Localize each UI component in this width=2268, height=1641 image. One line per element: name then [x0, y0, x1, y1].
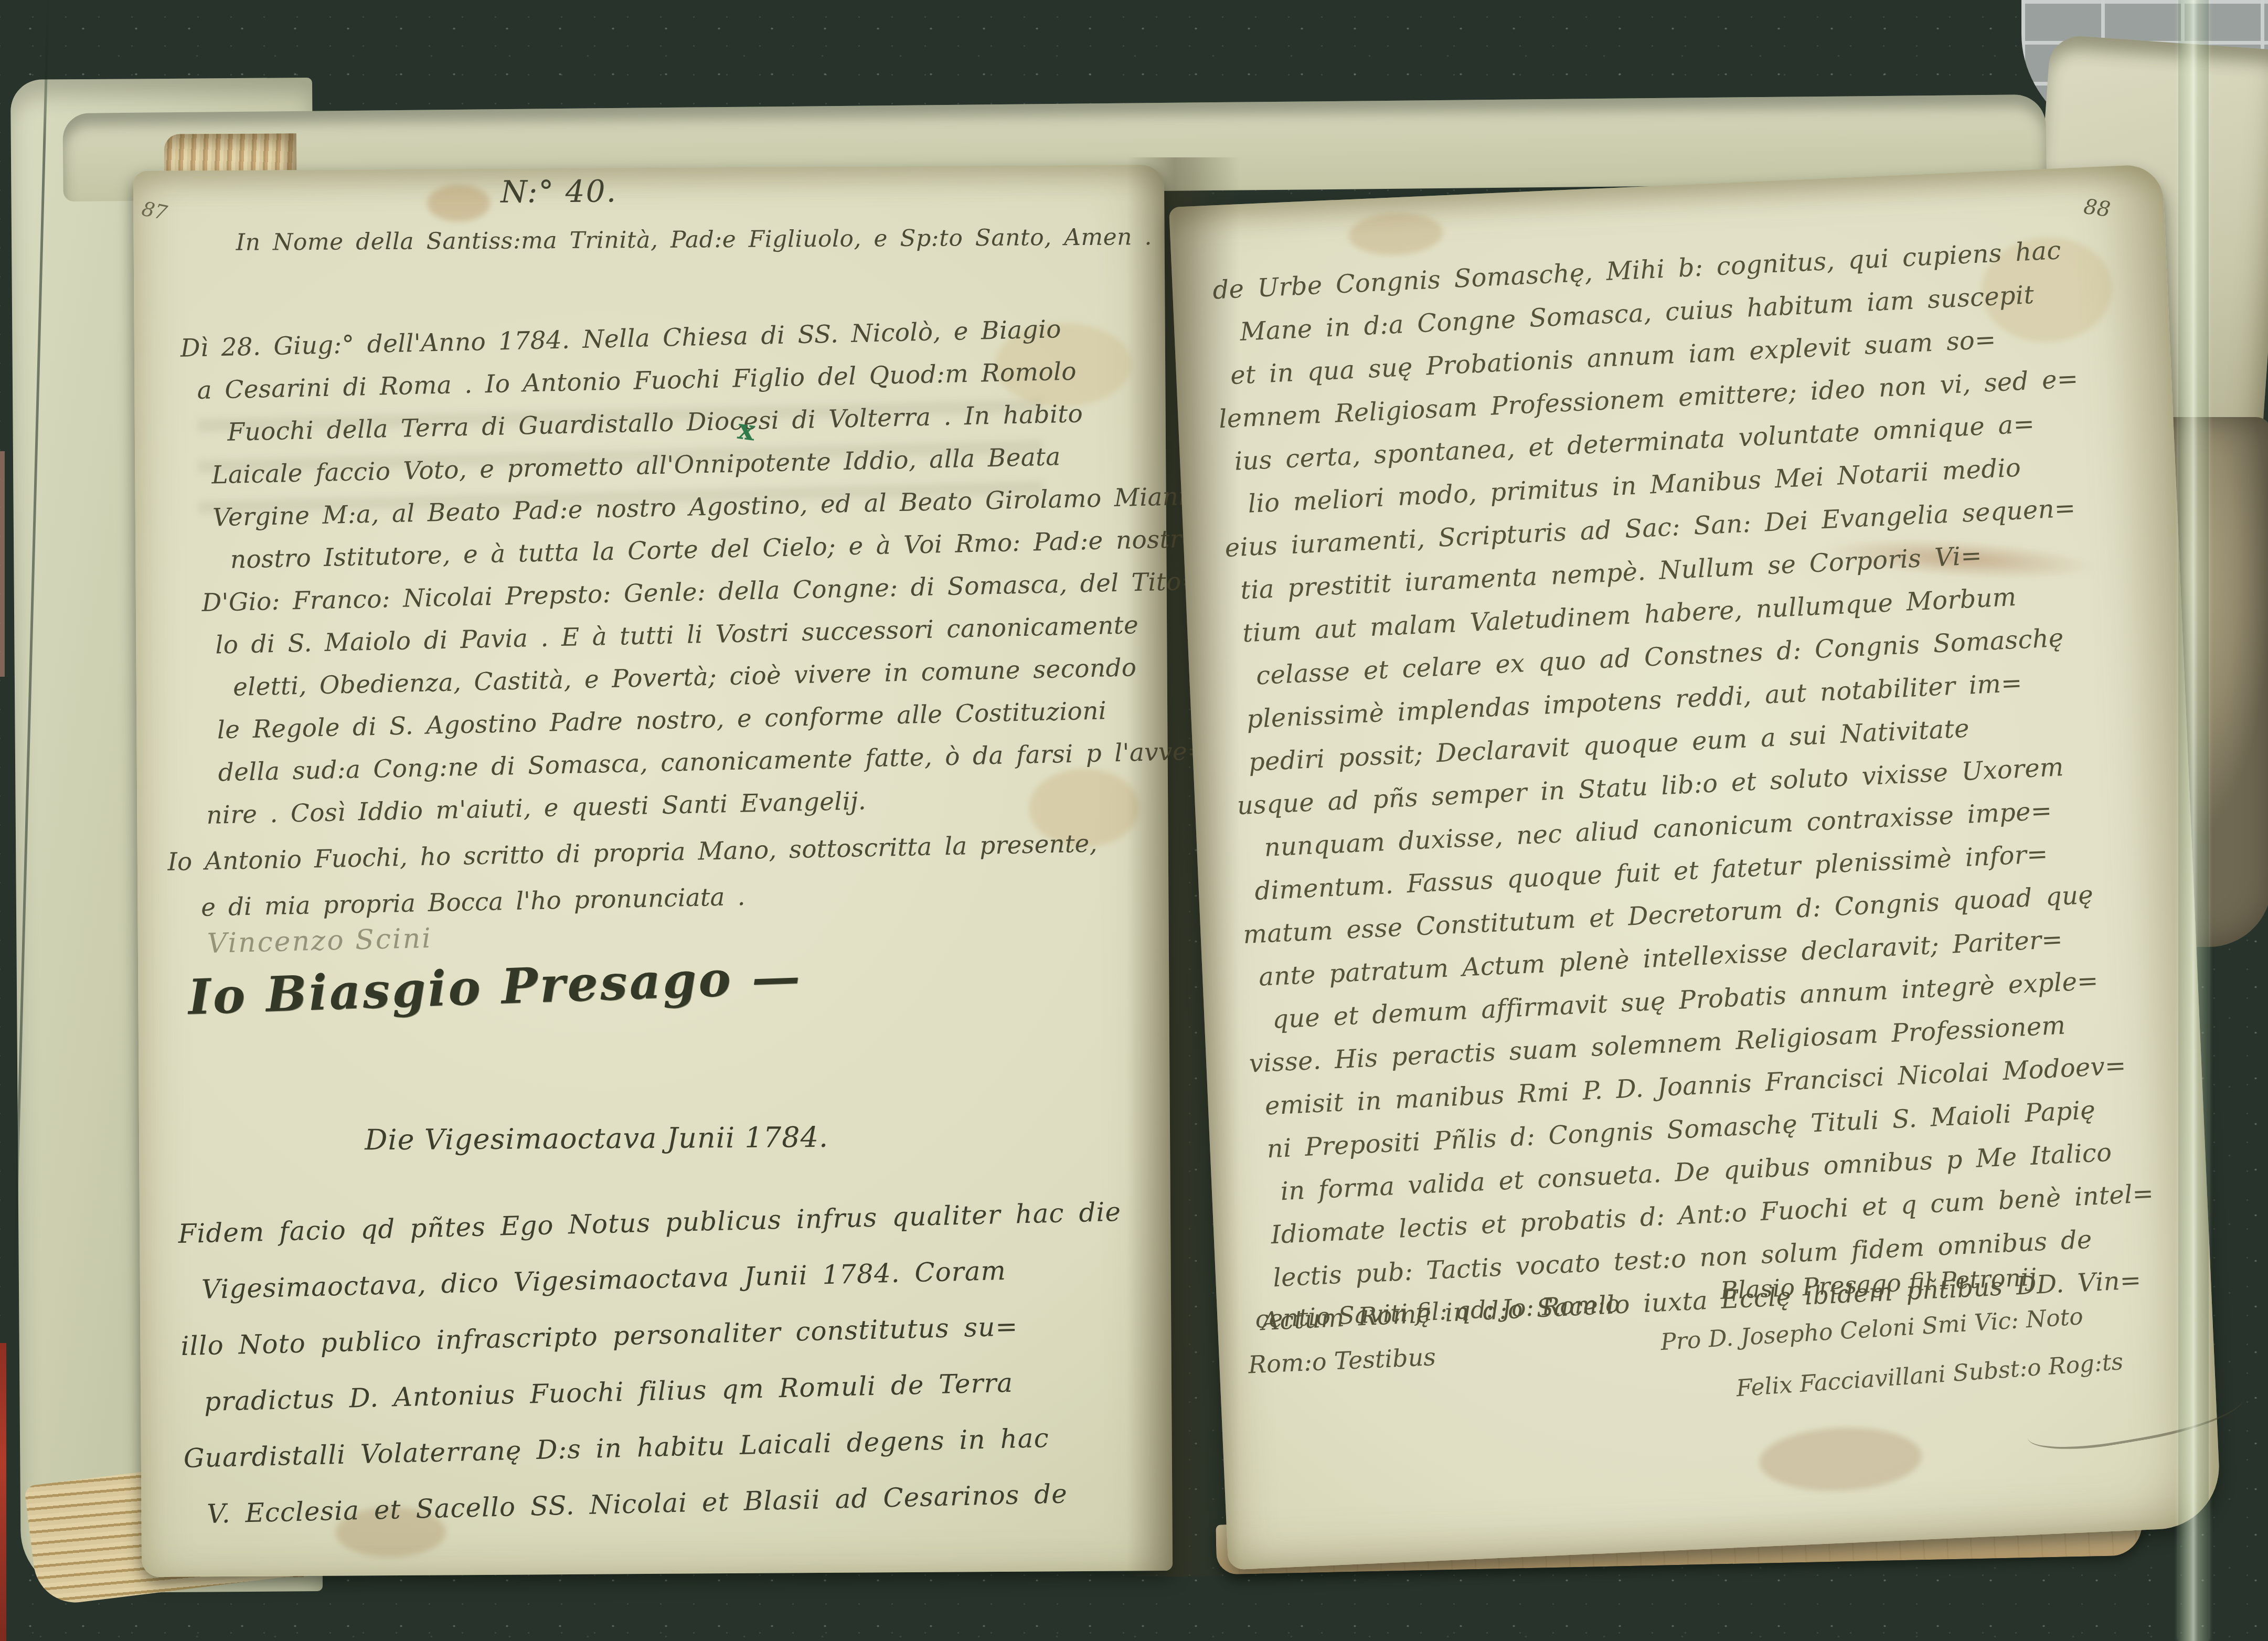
manuscript-line: D'Gio: Franco: Nicolai Prepsto: Genle: d… [201, 560, 1205, 624]
manuscript-line: nunquam duxisse, nec aliud canonicum con… [1263, 785, 2136, 869]
manuscript-line: de Urbe Congnis Somaschę, Mihi b: cognit… [1212, 227, 2110, 312]
book-gutter-shadow [1127, 157, 1240, 1576]
glass-rod [2178, 0, 2209, 1641]
stain [1348, 211, 1444, 257]
manuscript-line: illo Noto publico infrascripto personali… [180, 1296, 1124, 1374]
manuscript-line: tia prestitit iuramenta nempè. Nullum se… [1240, 527, 2124, 612]
manuscript-line: visse. His peractis suam solemnem Religi… [1248, 1000, 2146, 1085]
manuscript-line: in forma valida et consueta. De quibus o… [1280, 1129, 2153, 1213]
manuscript-line: celasse et celare ex quo ad Constnes d: … [1255, 613, 2128, 697]
stain [427, 185, 490, 222]
stain [1979, 235, 2114, 345]
manuscript-line: plenissimè implendas impotens reddi, aut… [1245, 656, 2130, 741]
vow-text-block: Dì 28. Giug:° dell'Anno 1784. Nella Chie… [180, 305, 1209, 837]
faint-signature: Vincenzo Scini [207, 923, 432, 960]
green-cross-annotation: x [736, 412, 757, 447]
left-edge-pink-sliver [0, 451, 5, 677]
latin-profession-block: de Urbe Congnis Somaschę, Mihi b: cognit… [1207, 227, 2159, 1344]
witness-line: Blasio Presago fil Petronij [1720, 1263, 2037, 1305]
manuscript-line: ante patratum Actum plenè intellexisse d… [1258, 914, 2142, 998]
left-edge-red-sliver [0, 1343, 6, 1641]
manuscript-line: eius iuramenti, Scripturis ad Sac: San: … [1224, 484, 2122, 569]
manuscript-line: Fuochi della Terra di Guardistallo Dioce… [227, 390, 1201, 453]
manuscript-line: Mane in d:a Congne Somasca, cuius habitu… [1239, 270, 2112, 354]
manuscript-line: lemnem Religiosam Professionem emittere;… [1218, 356, 2116, 441]
manuscript-line: lectis pub: Tactis vocato test:o non sol… [1272, 1215, 2156, 1299]
latin-notary-block: Fidem facio qd pñtes Ego Notus publicus … [167, 1184, 1128, 1543]
stain [1758, 1424, 1923, 1494]
manuscript-line: ius certa, spontanea, et determinata vol… [1233, 399, 2118, 483]
manuscript-line: Actum Romę in d:o Sacello iuxta Ecclę ib… [1260, 1258, 2158, 1343]
manuscript-line: Vigesimaoctava, dico Vigesimaoctava Juni… [201, 1240, 1123, 1318]
record-number-heading: N:° 40. [501, 173, 617, 209]
stain [995, 322, 1132, 407]
manuscript-line: pediri possit; Declaravit quoque eum a s… [1248, 699, 2132, 784]
manuscript-line: nire . Così Iddio m'aiuti, e questi Sant… [206, 772, 1210, 837]
stain [335, 1507, 446, 1557]
page-number-left: 87 [140, 197, 169, 225]
manuscript-line: a Cesarini di Roma . Io Antonio Fuochi F… [197, 347, 1200, 412]
manuscript-line: emisit in manibus Rmi P. D. Joannis Fran… [1264, 1043, 2148, 1127]
manuscript-line: lio meliori modo, primitus in Manibus Me… [1247, 441, 2120, 525]
notary-signature-line: Felix Facciavillani Subst:o Rog:ts [1735, 1348, 2124, 1402]
page-number-right: 88 [2082, 195, 2112, 222]
manuscript-line: Vergine M:a, al Beato Pad:e nostro Agost… [212, 475, 1203, 539]
stain [1029, 768, 1140, 847]
manuscript-line: V. Ecclesia et Sacello SS. Nicolai et Bl… [206, 1465, 1128, 1542]
witness-line: Rom:o Testibus [1248, 1342, 1436, 1379]
manuscript-line: pradictus D. Antonius Fuochi filius qm R… [204, 1352, 1126, 1430]
manuscript-line: eletti, Obedienza, Castità, e Povertà; c… [232, 645, 1207, 708]
manuscript-line: Dì 28. Giug:° dell'Anno 1784. Nella Chie… [180, 305, 1199, 369]
attestation-block: Io Antonio Fuochi, ho scritto di propria… [167, 820, 1098, 932]
signature-flourish [2022, 1371, 2249, 1459]
manuscript-line: lo di S. Maiolo di Pavia . E à tutti li … [215, 602, 1206, 666]
notary-line: Pro D. Josepho Celoni Smi Vic: Noto [1660, 1303, 2084, 1356]
manuscript-line: Laicale faccio Voto, e prometto all'Onni… [211, 432, 1202, 496]
manuscript-line: que et demum affirmavit suę Probatis ann… [1271, 957, 2144, 1041]
manuscript-line: Idiomate lectis et probatis d: Ant:o Fuo… [1270, 1172, 2155, 1256]
ink-showthrough [197, 391, 1042, 527]
manuscript-line: Fidem facio qd pñtes Ego Notus publicus … [177, 1184, 1122, 1262]
invocation-line: In Nome della Santiss:ma Trinità, Pad:e … [236, 223, 1153, 256]
left-page: 87 N:° 40. In Nome della Santiss:ma Trin… [133, 165, 1173, 1577]
bold-signature: Io Biasgio Presago — [187, 948, 803, 1026]
manuscript-line: nostro Istitutore, e à tutta la Corte de… [230, 517, 1204, 581]
manuscript-line: e di mia propria Bocca l'ho pronunciata … [200, 867, 1099, 931]
manuscript-line: Io Antonio Fuochi, ho scritto di propria… [167, 820, 1098, 886]
manuscript-line: ni Prepositi Pñlis d: Congnis Somaschę T… [1266, 1086, 2150, 1170]
manuscript-line: et in qua suę Probationis annum iam expl… [1229, 313, 2114, 397]
manuscript-line: tium aut malam Valetudinem habere, nullu… [1242, 570, 2126, 655]
manuscript-scan-scene: 87 N:° 40. In Nome della Santiss:ma Trin… [0, 0, 2268, 1641]
manuscript-line: matum esse Constitutum et Decretorum d: … [1242, 871, 2141, 956]
manuscript-line: usque ad pñs semper in Statu lib:o et so… [1236, 742, 2134, 827]
manuscript-line: dimentum. Fassus quoque fuit et fatetur … [1254, 828, 2138, 913]
latin-date-heading: Die Vigesimaoctava Junii 1784. [365, 1121, 828, 1156]
manuscript-line: Guardistalli Volaterranę D:s in habitu L… [183, 1409, 1127, 1487]
manuscript-line: le Regole di S. Agostino Padre nostro, e… [217, 687, 1208, 751]
witness-line: centio Saviti fil: qd: Jo: Rom:o [1254, 1290, 1620, 1334]
right-page: 88 de Urbe Congnis Somaschę, Mihi b: cog… [1169, 164, 2222, 1570]
stain [1819, 532, 2099, 585]
manuscript-line: della sud:a Cong:ne di Somasca, canonica… [218, 730, 1209, 794]
